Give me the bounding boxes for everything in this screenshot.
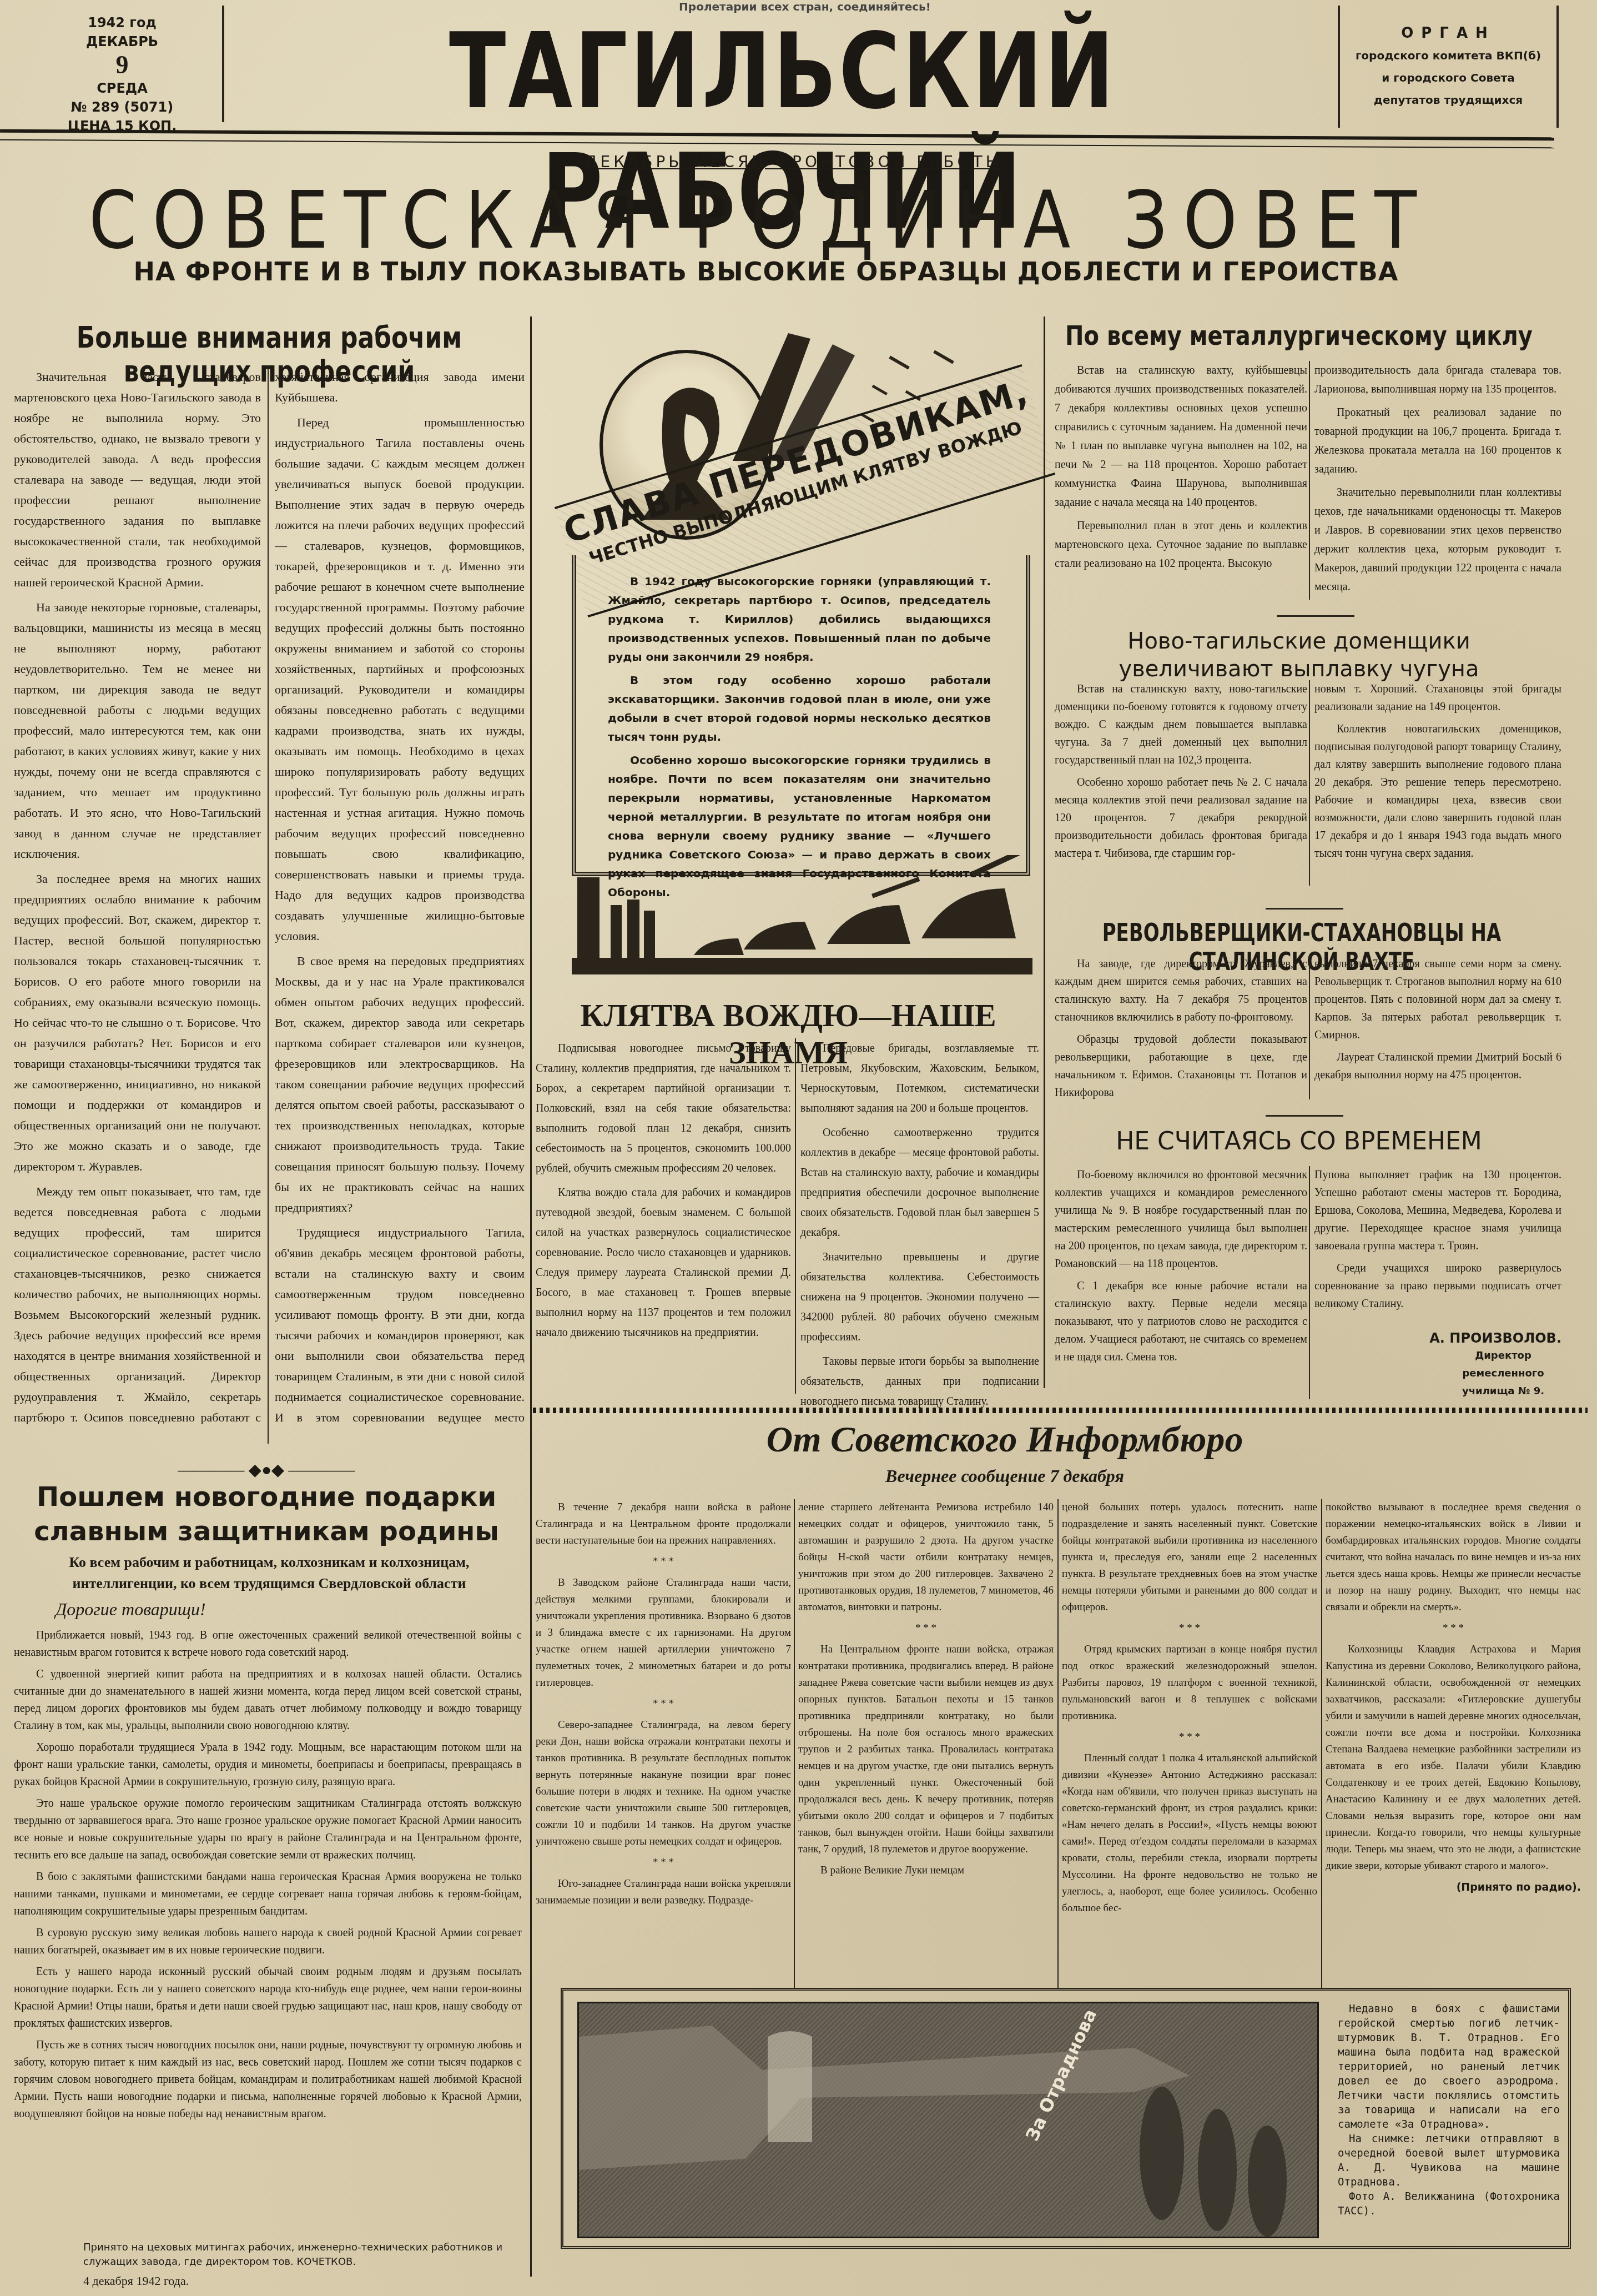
caption-text-2: На снимке: летчики отправляют в очередно… (1338, 2132, 1560, 2189)
paragraph: Перед промышленностью индустриального Та… (275, 412, 525, 946)
paragraph: По-боевому включился во фронтовой месячн… (1055, 1166, 1307, 1273)
notime-column-1: По-боевому включился во фронтовой месячн… (1055, 1166, 1307, 1370)
organ-label: ОРГАН (1340, 22, 1556, 44)
separator: * * * (1062, 1620, 1317, 1637)
paragraph: Перевыполнил план в этот день и коллекти… (1055, 516, 1307, 573)
oath-column-2: Передовые бригады, возглавляемые тт. Пет… (800, 1038, 1039, 1416)
paragraph: покойство вызывают в последнее время све… (1326, 1499, 1581, 1616)
ornament-divider: ———— ◆●◆ ———— (167, 1460, 366, 1480)
column-divider (1321, 1499, 1322, 1988)
oath-column-1: Подписывая новогоднее письмо товарищу Ст… (536, 1038, 791, 1347)
separator: * * * (798, 1620, 1054, 1637)
informburo-column-4: покойство вызывают в последнее время све… (1326, 1499, 1581, 1988)
column-divider (1057, 1499, 1059, 1988)
paragraph: Значительно превышены и другие обязатель… (800, 1247, 1039, 1347)
paragraph: новым т. Хороший. Стахановцы этой бригад… (1314, 680, 1561, 716)
paragraph: В суровую русскую зиму великая любовь на… (14, 1925, 522, 1959)
paragraph: В 1942 году высокогорские горняки (управ… (608, 572, 991, 666)
paragraph: Прокатный цех реализовал задание по това… (1314, 403, 1561, 479)
paragraph: За последнее время на многих наших предп… (14, 868, 261, 1177)
paragraph: В Заводском районе Сталинграда наши част… (536, 1575, 791, 1691)
informburo-subhead: Вечернее сообщение 7 декабря (533, 1466, 1477, 1486)
paragraph: Значительная часть сталеваров мартеновск… (14, 366, 261, 592)
separator: * * * (536, 1855, 791, 1871)
metallurgy-column-1: Встав на сталинскую вахту, куйбышевцы до… (1055, 361, 1307, 577)
banner-subheadline: НА ФРОНТЕ И В ТЫЛУ ПОКАЗЫВАТЬ ВЫСОКИЕ ОБ… (22, 257, 1510, 287)
year: 1942 год (22, 13, 222, 32)
photo-credit: Фото А. Великжанина (Фотохроника ТАСС). (1338, 2189, 1560, 2218)
column-divider (1309, 680, 1310, 886)
editorial-column-1: Значительная часть сталеваров мартеновск… (14, 366, 261, 1433)
column-divider (794, 1499, 795, 1988)
day: 9 (22, 51, 222, 79)
paragraph: Среди учащихся широко развернулось сорев… (1314, 1259, 1561, 1313)
appeal-salutation: Дорогие товарищи! (56, 1599, 206, 1620)
separator: * * * (536, 1696, 791, 1712)
metallurgy-headline: По всему металлургическому циклу (1049, 321, 1549, 351)
paragraph: Хорошо поработали трудящиеся Урала в 194… (14, 1739, 522, 1791)
radio-note: (Принято по радио). (1326, 1879, 1581, 1896)
organ-line-3: депутатов трудящихся (1340, 89, 1556, 111)
column-divider (1309, 1166, 1310, 1399)
appeal-body: Приближается новый, 1943 год. В огне оже… (14, 1627, 522, 2204)
paragraph: ление старшего лейтенанта Ремизова истре… (798, 1499, 1054, 1616)
publisher-box: ОРГАН городского комитета ВКП(б) и город… (1338, 6, 1559, 128)
paragraph: В этом году особенно хорошо работали экс… (608, 671, 991, 746)
paragraph: В районе Великие Луки немцам (798, 1862, 1054, 1879)
paragraph: Между тем опыт показывает, что там, где … (14, 1181, 261, 1433)
paragraph: Пленный солдат 1 полка 4 итальянской аль… (1062, 1750, 1317, 1917)
paragraph: На Центральном фронте наши войска, отраж… (798, 1641, 1054, 1858)
section-divider (1277, 615, 1354, 617)
month: ДЕКАБРЬ (22, 32, 222, 51)
notime-headline: НЕ СЧИТАЯСЬ СО ВРЕМЕНЕМ (1055, 1127, 1543, 1155)
blastfurnace-column-2: новым т. Хороший. Стахановцы этой бригад… (1314, 680, 1561, 867)
paragraph: С удвоенной энергией кипит работа на пре… (14, 1666, 522, 1735)
paragraph: Клятва вождю стала для рабочих и команди… (536, 1183, 791, 1343)
author-name: А. ПРОИЗВОЛОВ. (1314, 1329, 1561, 1347)
paragraph: В течение 7 декабря наши войска в районе… (536, 1499, 791, 1549)
issue-number: № 289 (5071) (22, 98, 222, 117)
paragraph: выполнили 7 декабря свыше семи норм за с… (1314, 955, 1561, 1044)
paragraph: Трудящиеся индустриального Тагила, об'яв… (275, 1222, 525, 1433)
paragraph: Есть у нашего народа исконный русский об… (14, 1963, 522, 2032)
paragraph: производительность дала бригада сталевар… (1314, 361, 1561, 399)
paragraph: Подписывая новогоднее письмо товарищу Ст… (536, 1038, 791, 1178)
aircraft-silhouette-icon (579, 2003, 1317, 2237)
informburo-column-3: ценой больших потерь удалось потеснить н… (1062, 1499, 1317, 1988)
paragraph: Образцы трудовой доблести показывают рев… (1055, 1031, 1307, 1102)
wavy-divider (533, 1408, 1588, 1413)
organ-line-1: городского комитета ВКП(б) (1340, 44, 1556, 67)
blastfurnace-column-1: Встав на сталинскую вахту, ново-тагильск… (1055, 680, 1307, 867)
factory-and-tanks-illustration-icon (561, 855, 1038, 983)
paragraph: Особенно самоотверженно трудится коллект… (800, 1123, 1039, 1243)
caption-text: Недавно в боях с фашистами геройской сме… (1338, 2002, 1560, 2132)
organ-line-2: и городского Совета (1340, 67, 1556, 89)
metallurgy-column-2: производительность дала бригада сталевар… (1314, 361, 1561, 601)
paragraph: Встав на сталинскую вахту, ново-тагильск… (1055, 680, 1307, 769)
paragraph: Колхозницы Клавдия Астрахова и Мария Кап… (1326, 1641, 1581, 1875)
turners-column-1: На заводе, где директором т. Журавлев, с… (1055, 955, 1307, 1106)
notime-column-2: Пупова выполняет график на 130 процентов… (1314, 1166, 1561, 1400)
paragraph: Отряд крымских партизан в конце ноября п… (1062, 1641, 1317, 1725)
paragraph: Это наше уральское оружие помогло героич… (14, 1795, 522, 1864)
paragraph: Приближается новый, 1943 год. В огне оже… (14, 1627, 522, 1661)
photo-caption: Недавно в боях с фашистами геройской сме… (1338, 2002, 1560, 2218)
aircraft-photo: За Отраднова (577, 2002, 1319, 2238)
paragraph: В бою с заклятыми фашистскими бандами на… (14, 1868, 522, 1920)
column-divider (1309, 361, 1310, 600)
paragraph: На заводе, где директором т. Журавлев, с… (1055, 955, 1307, 1026)
banner-headline: СОВЕТСКАЯ РОДИНА ЗОВЕТ (33, 175, 1488, 267)
paragraph: Таковы первые итоги борьбы за выполнение… (800, 1352, 1039, 1411)
author-title: Директор ремесленного училища № 9. (1448, 1347, 1559, 1400)
paragraph: Коллектив новотагильских доменщиков, под… (1314, 720, 1561, 862)
paragraph: Особенно хорошо работает печь № 2. С нач… (1055, 773, 1307, 862)
paragraph: Лауреат Сталинской премии Дмитрий Босый … (1314, 1048, 1561, 1084)
separator: * * * (1326, 1620, 1581, 1637)
paragraph: Пупова выполняет график на 130 процентов… (1314, 1166, 1561, 1255)
kicker: ДЕКАБРЬ–МЕСЯЦ ФРОНТОВОЙ РАБОТЫ (488, 153, 1099, 171)
paragraph: Встав на сталинскую вахту, куйбышевцы до… (1055, 361, 1307, 512)
paragraph: ценой больших потерь удалось потеснить н… (1062, 1499, 1317, 1616)
paragraph: Северо-западнее Сталинграда, на левом бе… (536, 1717, 791, 1850)
turners-column-2: выполнили 7 декабря свыше семи норм за с… (1314, 955, 1561, 1088)
column-divider (530, 1416, 532, 2277)
weekday: СРЕДА (22, 79, 222, 98)
column-divider (795, 1038, 796, 1394)
editorial-column-2: хозяйственная организация завода имени К… (275, 366, 525, 1433)
paragraph: Юго-западнее Сталинграда наши войска укр… (536, 1876, 791, 1909)
informburo-headline: От Советского Информбюро (533, 1419, 1477, 1461)
paragraph: С 1 декабря все юные рабочие встали на с… (1055, 1277, 1307, 1366)
informburo-column-2: ление старшего лейтенанта Ремизова истре… (798, 1499, 1054, 1988)
separator: * * * (536, 1554, 791, 1570)
column-divider (530, 316, 532, 1416)
informburo-column-1: В течение 7 декабря наши войска в районе… (536, 1499, 791, 1999)
paragraph: Передовые бригады, возглавляемые тт. Пет… (800, 1038, 1039, 1118)
appeal-addressee: Ко всем рабочим и работницам, колхозника… (22, 1552, 516, 1594)
paragraph: хозяйственная организация завода имени К… (275, 366, 525, 408)
paragraph: Пусть же в сотнях тысяч новогодних посыл… (14, 2037, 522, 2123)
paragraph: Значительно перевыполнили план коллектив… (1314, 483, 1561, 596)
separator: * * * (1062, 1729, 1317, 1746)
section-divider (1266, 908, 1343, 910)
paragraph: В свое время на передовых предприятиях М… (275, 951, 525, 1218)
appeal-headline: Пошлем новогодние подарки славным защитн… (11, 1480, 522, 1549)
appeal-date: 4 декабря 1942 года. (83, 2274, 189, 2288)
section-divider (1266, 1115, 1343, 1117)
date-box: 1942 год ДЕКАБРЬ 9 СРЕДА № 289 (5071) ЦЕ… (22, 6, 224, 122)
blastfurnace-headline: Ново-тагильские доменщики увеличивают вы… (1088, 627, 1510, 683)
paragraph: На заводе некоторые горновые, сталевары,… (14, 597, 261, 864)
column-divider (1309, 955, 1310, 1099)
appeal-closing: Принято на цеховых митингах рабочих, инж… (83, 2240, 516, 2269)
column-divider (268, 366, 269, 1444)
